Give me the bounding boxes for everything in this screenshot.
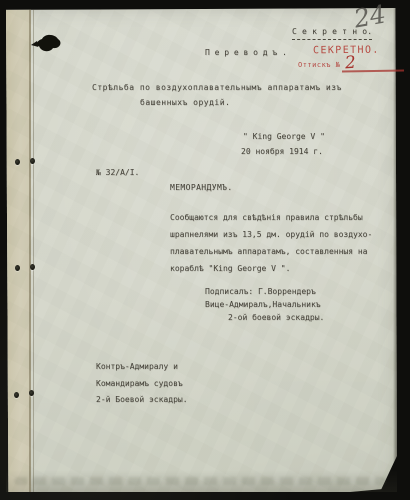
document-date: 20 ноября 1914 г. [241, 147, 323, 157]
body-line-3: плавательнымъ аппаратамъ, составленныя н… [170, 247, 367, 257]
paper-edge-shadow [393, 8, 397, 492]
scanned-document-page: 24 С е к р е т н о. СЕКРЕТНО. Оттискъ № … [0, 0, 410, 500]
punch-hole [29, 390, 34, 396]
fold-crease [33, 8, 34, 492]
ink-blot [26, 32, 68, 62]
signature-line-2: Вице-Адмиралъ,Начальникъ [205, 300, 321, 310]
body-line-1: Сообщаются для свѣдѣнія правила стрѣльбы [170, 213, 363, 223]
translation-label: П е р е в о д ъ . [205, 48, 287, 58]
addressee-line-2: Командирамъ судовъ [96, 379, 183, 389]
signature-line-3: 2-ой боевой эскадры. [228, 313, 324, 323]
left-binding-strip [6, 8, 31, 492]
punch-hole [15, 265, 20, 271]
document-title-line2: башенныхъ орудій. [140, 98, 230, 108]
body-line-4: кораблѣ "King George V ". [170, 264, 290, 274]
ghost-ink-impression [14, 477, 386, 485]
document-type-heading: МЕМОРАНДУМЪ. [170, 183, 233, 193]
addressee-line-1: Контръ-Адмиралу и [96, 362, 178, 372]
signature-line-1: Подписалъ: Г.Воррендеръ [205, 287, 316, 297]
reference-number: № 32/А/I. [96, 168, 139, 178]
punch-hole [30, 158, 35, 164]
classification-typed: С е к р е т н о. [292, 27, 372, 40]
addressee-line-3: 2-й Боевой эскадры. [96, 395, 188, 405]
body-line-2: шрапнелями изъ 13,5 дм. орудій по воздух… [170, 230, 372, 240]
document-title-line1: Стрѣльба по воздухоплавательнымъ аппарат… [92, 83, 342, 93]
copy-number-label: Оттискъ № [298, 60, 340, 70]
punch-hole [14, 392, 19, 398]
punch-hole [30, 264, 35, 270]
punch-hole [15, 159, 20, 165]
ship-name: " King George V " [243, 132, 325, 142]
